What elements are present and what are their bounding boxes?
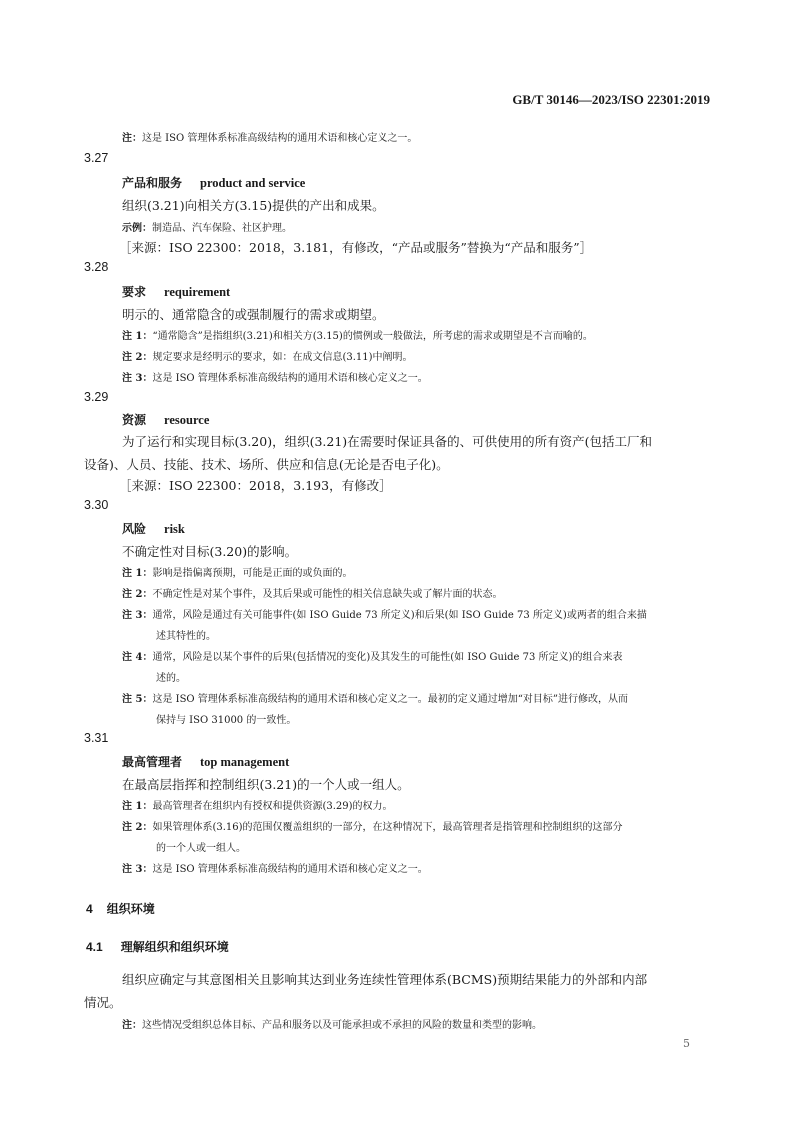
term-note: 注 2：规定要求是经明示的要求，如：在成文信息(3.11)中阐明。 <box>122 348 413 363</box>
term-number: 3.28 <box>84 260 108 274</box>
term-number: 3.30 <box>84 498 108 512</box>
term-number: 3.29 <box>84 390 108 404</box>
section-paragraph-line2: 情况。 <box>84 993 122 1011</box>
term-note: 注 1：“通常隐含”是指组织(3.21)和相关方(3.15)的惯例或一般做法，所… <box>122 327 593 342</box>
standard-header: GB/T 30146—2023/ISO 22301:2019 <box>400 92 710 108</box>
subsection-heading: 4.1理解组织和组织环境 <box>86 938 229 955</box>
term-definition: 在最高层指挥和控制组织(3.21)的一个人或一组人。 <box>122 775 410 793</box>
term-definition: 明示的、通常隐含的或强制履行的需求或期望。 <box>122 305 385 323</box>
term-note: 注 2：不确定性是对某个事件，及其后果或可能性的相关信息缺失或了解片面的状态。 <box>122 585 502 600</box>
term-heading: 产品和服务product and service <box>122 174 305 191</box>
term-number: 3.27 <box>84 151 108 165</box>
top-note: 注：这是 ISO 管理体系标准高级结构的通用术语和核心定义之一。 <box>122 129 417 144</box>
section-paragraph-line1: 组织应确定与其意图相关且影响其达到业务连续性管理体系(BCMS)预期结果能力的外… <box>122 970 647 988</box>
term-heading: 风险risk <box>122 520 185 537</box>
section-note: 注：这些情况受组织总体目标、产品和服务以及可能承担或不承担的风险的数量和类型的影… <box>122 1016 542 1031</box>
term-heading: 资源resource <box>122 411 209 428</box>
term-note: 注 2：如果管理体系(3.16)的范围仅覆盖组织的一部分，在这种情况下，最高管理… <box>122 818 623 833</box>
term-definition: 组织(3.21)向相关方(3.15)提供的产出和成果。 <box>122 196 385 214</box>
term-note-continuation: 保持与 ISO 31000 的一致性。 <box>156 711 296 726</box>
term-definition: 不确定性对目标(3.20)的影响。 <box>122 542 297 560</box>
term-source: ［来源：ISO 22300：2018，3.193，有修改］ <box>119 476 392 494</box>
term-note-continuation: 述其特性的。 <box>156 627 216 642</box>
term-note: 注 1：影响是指偏离预期，可能是正面的或负面的。 <box>122 564 352 579</box>
term-definition-line1: 为了运行和实现目标(3.20)，组织(3.21)在需要时保证具备的、可供使用的所… <box>122 432 652 450</box>
term-number: 3.31 <box>84 731 108 745</box>
section-heading: 4组织环境 <box>86 900 155 917</box>
term-note: 注 4：通常，风险是以某个事件的后果(包括情况的变化)及其发生的可能性(如 IS… <box>122 648 622 663</box>
term-note: 注 3：这是 ISO 管理体系标准高级结构的通用术语和核心定义之一。 <box>122 860 428 875</box>
term-note-continuation: 述的。 <box>156 669 186 684</box>
term-heading: 要求requirement <box>122 283 230 300</box>
page-number: 5 <box>683 1037 690 1050</box>
term-note: 注 3：这是 ISO 管理体系标准高级结构的通用术语和核心定义之一。 <box>122 369 428 384</box>
term-heading: 最高管理者top management <box>122 753 289 770</box>
term-definition-line2: 设备)、人员、技能、技术、场所、供应和信息(无论是否电子化)。 <box>84 455 449 473</box>
term-note: 注 1：最高管理者在组织内有授权和提供资源(3.29)的权力。 <box>122 797 393 812</box>
term-note: 注 5：这是 ISO 管理体系标准高级结构的通用术语和核心定义之一。最初的定义通… <box>122 690 628 705</box>
term-note-continuation: 的一个人或一组人。 <box>156 839 246 854</box>
term-example: 示例：制造品、汽车保险、社区护理。 <box>122 219 292 234</box>
term-source: ［来源：ISO 22300：2018，3.181，有修改，“产品或服务”替换为“… <box>119 238 592 256</box>
term-note: 注 3：通常，风险是通过有关可能事件(如 ISO Guide 73 所定义)和后… <box>122 606 647 621</box>
